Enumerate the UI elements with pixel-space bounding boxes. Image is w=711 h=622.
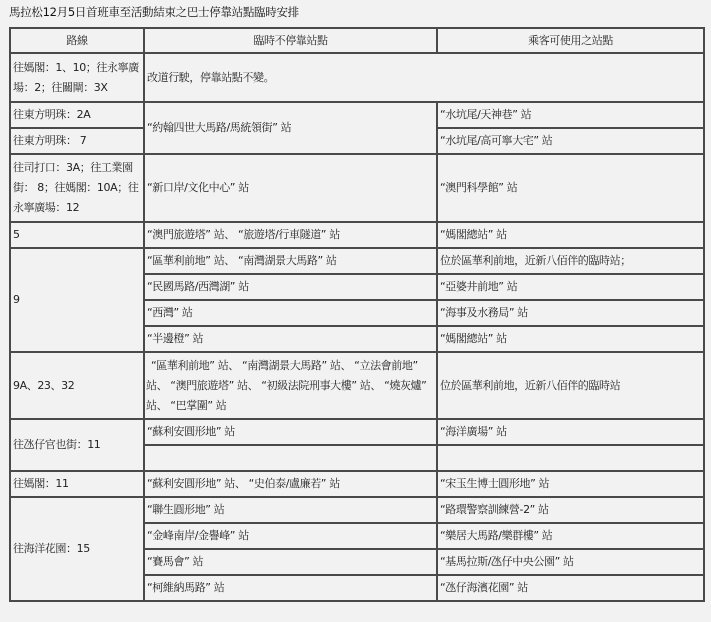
- suspended-stop-cell: “柯維納馬路” 站: [144, 575, 437, 601]
- available-stop-cell: “媽閣總站” 站: [437, 222, 704, 248]
- suspended-stop-cell: “約翰四世大馬路/馬統領街” 站: [144, 102, 437, 154]
- suspended-stop-cell: “西灣” 站: [144, 300, 437, 326]
- available-stop-cell: “水坑尾/天神巷” 站: [437, 102, 704, 128]
- suspended-stop-cell: “區華利前地” 站、 “南灣湖景大馬路” 站、 “立法會前地” 站、 “澳門旅遊…: [144, 352, 437, 419]
- route-cell: 往氹仔官也街：11: [10, 419, 144, 471]
- suspended-stop-cell: “民國馬路/西灣湖” 站: [144, 274, 437, 300]
- table-row: 往媽閣：11 “蘇利安圓形地” 站、 “史伯泰/盧廉若” 站 “宋玉生博士圓形地…: [10, 471, 704, 497]
- available-stop-cell-empty: [437, 445, 704, 471]
- table-row: 往海洋花園：15 “聯生圓形地” 站 “路環警察訓練營-2” 站: [10, 497, 704, 523]
- note-cell: 改道行駛，停靠站點不變。: [144, 53, 704, 102]
- available-stop-cell: “海洋廣場” 站: [437, 419, 704, 445]
- available-stop-cell: “亞婆井前地” 站: [437, 274, 704, 300]
- suspended-stop-cell: “澳門旅遊塔” 站、 “旅遊塔/行車隧道” 站: [144, 222, 437, 248]
- table-row: 9A、23、32 “區華利前地” 站、 “南灣湖景大馬路” 站、 “立法會前地”…: [10, 352, 704, 419]
- suspended-stop-cell: “蘇利安圓形地” 站、 “史伯泰/盧廉若” 站: [144, 471, 437, 497]
- available-stop-cell: “澳門科學館” 站: [437, 154, 704, 222]
- table-row: 往司打口：3A；往工業園街： 8；往媽閣：10A；往永寧廣場：12 “新口岸/文…: [10, 154, 704, 222]
- header-suspended-stops: 臨時不停靠站點: [144, 28, 437, 53]
- table-header-row: 路線 臨時不停靠站點 乘客可使用之站點: [10, 28, 704, 53]
- available-stop-cell: “基馬拉斯/氹仔中央公園” 站: [437, 549, 704, 575]
- available-stop-cell: “路環警察訓練營-2” 站: [437, 497, 704, 523]
- table-row: 往氹仔官也街：11 “蘇利安圓形地” 站 “海洋廣場” 站: [10, 419, 704, 445]
- table-row: 9 “區華利前地” 站、 “南灣湖景大馬路” 站 位於區華利前地，近新八佰伴的臨…: [10, 248, 704, 274]
- route-cell: 往海洋花園：15: [10, 497, 144, 601]
- suspended-stop-cell: “金峰南岸/金譽峰” 站: [144, 523, 437, 549]
- route-cell: 往媽閣：11: [10, 471, 144, 497]
- table-row: 5 “澳門旅遊塔” 站、 “旅遊塔/行車隧道” 站 “媽閣總站” 站: [10, 222, 704, 248]
- available-stop-cell: “樂居大馬路/樂群樓” 站: [437, 523, 704, 549]
- route-cell: 往媽閣：1、10；往永寧廣場：2；往關閘：3X: [10, 53, 144, 102]
- suspended-stop-cell: “賽馬會” 站: [144, 549, 437, 575]
- suspended-stop-cell: “區華利前地” 站、 “南灣湖景大馬路” 站: [144, 248, 437, 274]
- route-cell: 9: [10, 248, 144, 352]
- available-stop-cell: “氹仔海濱花園” 站: [437, 575, 704, 601]
- suspended-stop-cell: “新口岸/文化中心” 站: [144, 154, 437, 222]
- table-row: 往媽閣：1、10；往永寧廣場：2；往關閘：3X 改道行駛，停靠站點不變。: [10, 53, 704, 102]
- suspended-stop-cell: “蘇利安圓形地” 站: [144, 419, 437, 445]
- available-stop-cell: 位於區華利前地，近新八佰伴的臨時站: [437, 352, 704, 419]
- suspended-stop-cell-empty: [144, 445, 437, 471]
- suspended-stop-cell: “聯生圓形地” 站: [144, 497, 437, 523]
- bus-stop-arrangement-table: 路線 臨時不停靠站點 乘客可使用之站點 往媽閣：1、10；往永寧廣場：2；往關閘…: [9, 27, 705, 602]
- header-available-stops: 乘客可使用之站點: [437, 28, 704, 53]
- available-stop-cell: “宋玉生博士圓形地” 站: [437, 471, 704, 497]
- available-stop-cell: 位於區華利前地，近新八佰伴的臨時站；: [437, 248, 704, 274]
- route-cell: 往司打口：3A；往工業園街： 8；往媽閣：10A；往永寧廣場：12: [10, 154, 144, 222]
- route-cell: 往東方明珠： 7: [10, 128, 144, 154]
- route-cell: 往東方明珠：2A: [10, 102, 144, 128]
- available-stop-cell: “水坑尾/高可寧大宅” 站: [437, 128, 704, 154]
- table-row: 往東方明珠：2A “約翰四世大馬路/馬統領街” 站 “水坑尾/天神巷” 站: [10, 102, 704, 128]
- available-stop-cell: “海事及水務局” 站: [437, 300, 704, 326]
- route-cell: 5: [10, 222, 144, 248]
- suspended-stop-cell: “半邊橙” 站: [144, 326, 437, 352]
- header-route: 路線: [10, 28, 144, 53]
- route-cell: 9A、23、32: [10, 352, 144, 419]
- page-title: 馬拉松12月5日首班車至活動結束之巴士停靠站點臨時安排: [9, 4, 299, 20]
- available-stop-cell: “媽閣總站” 站: [437, 326, 704, 352]
